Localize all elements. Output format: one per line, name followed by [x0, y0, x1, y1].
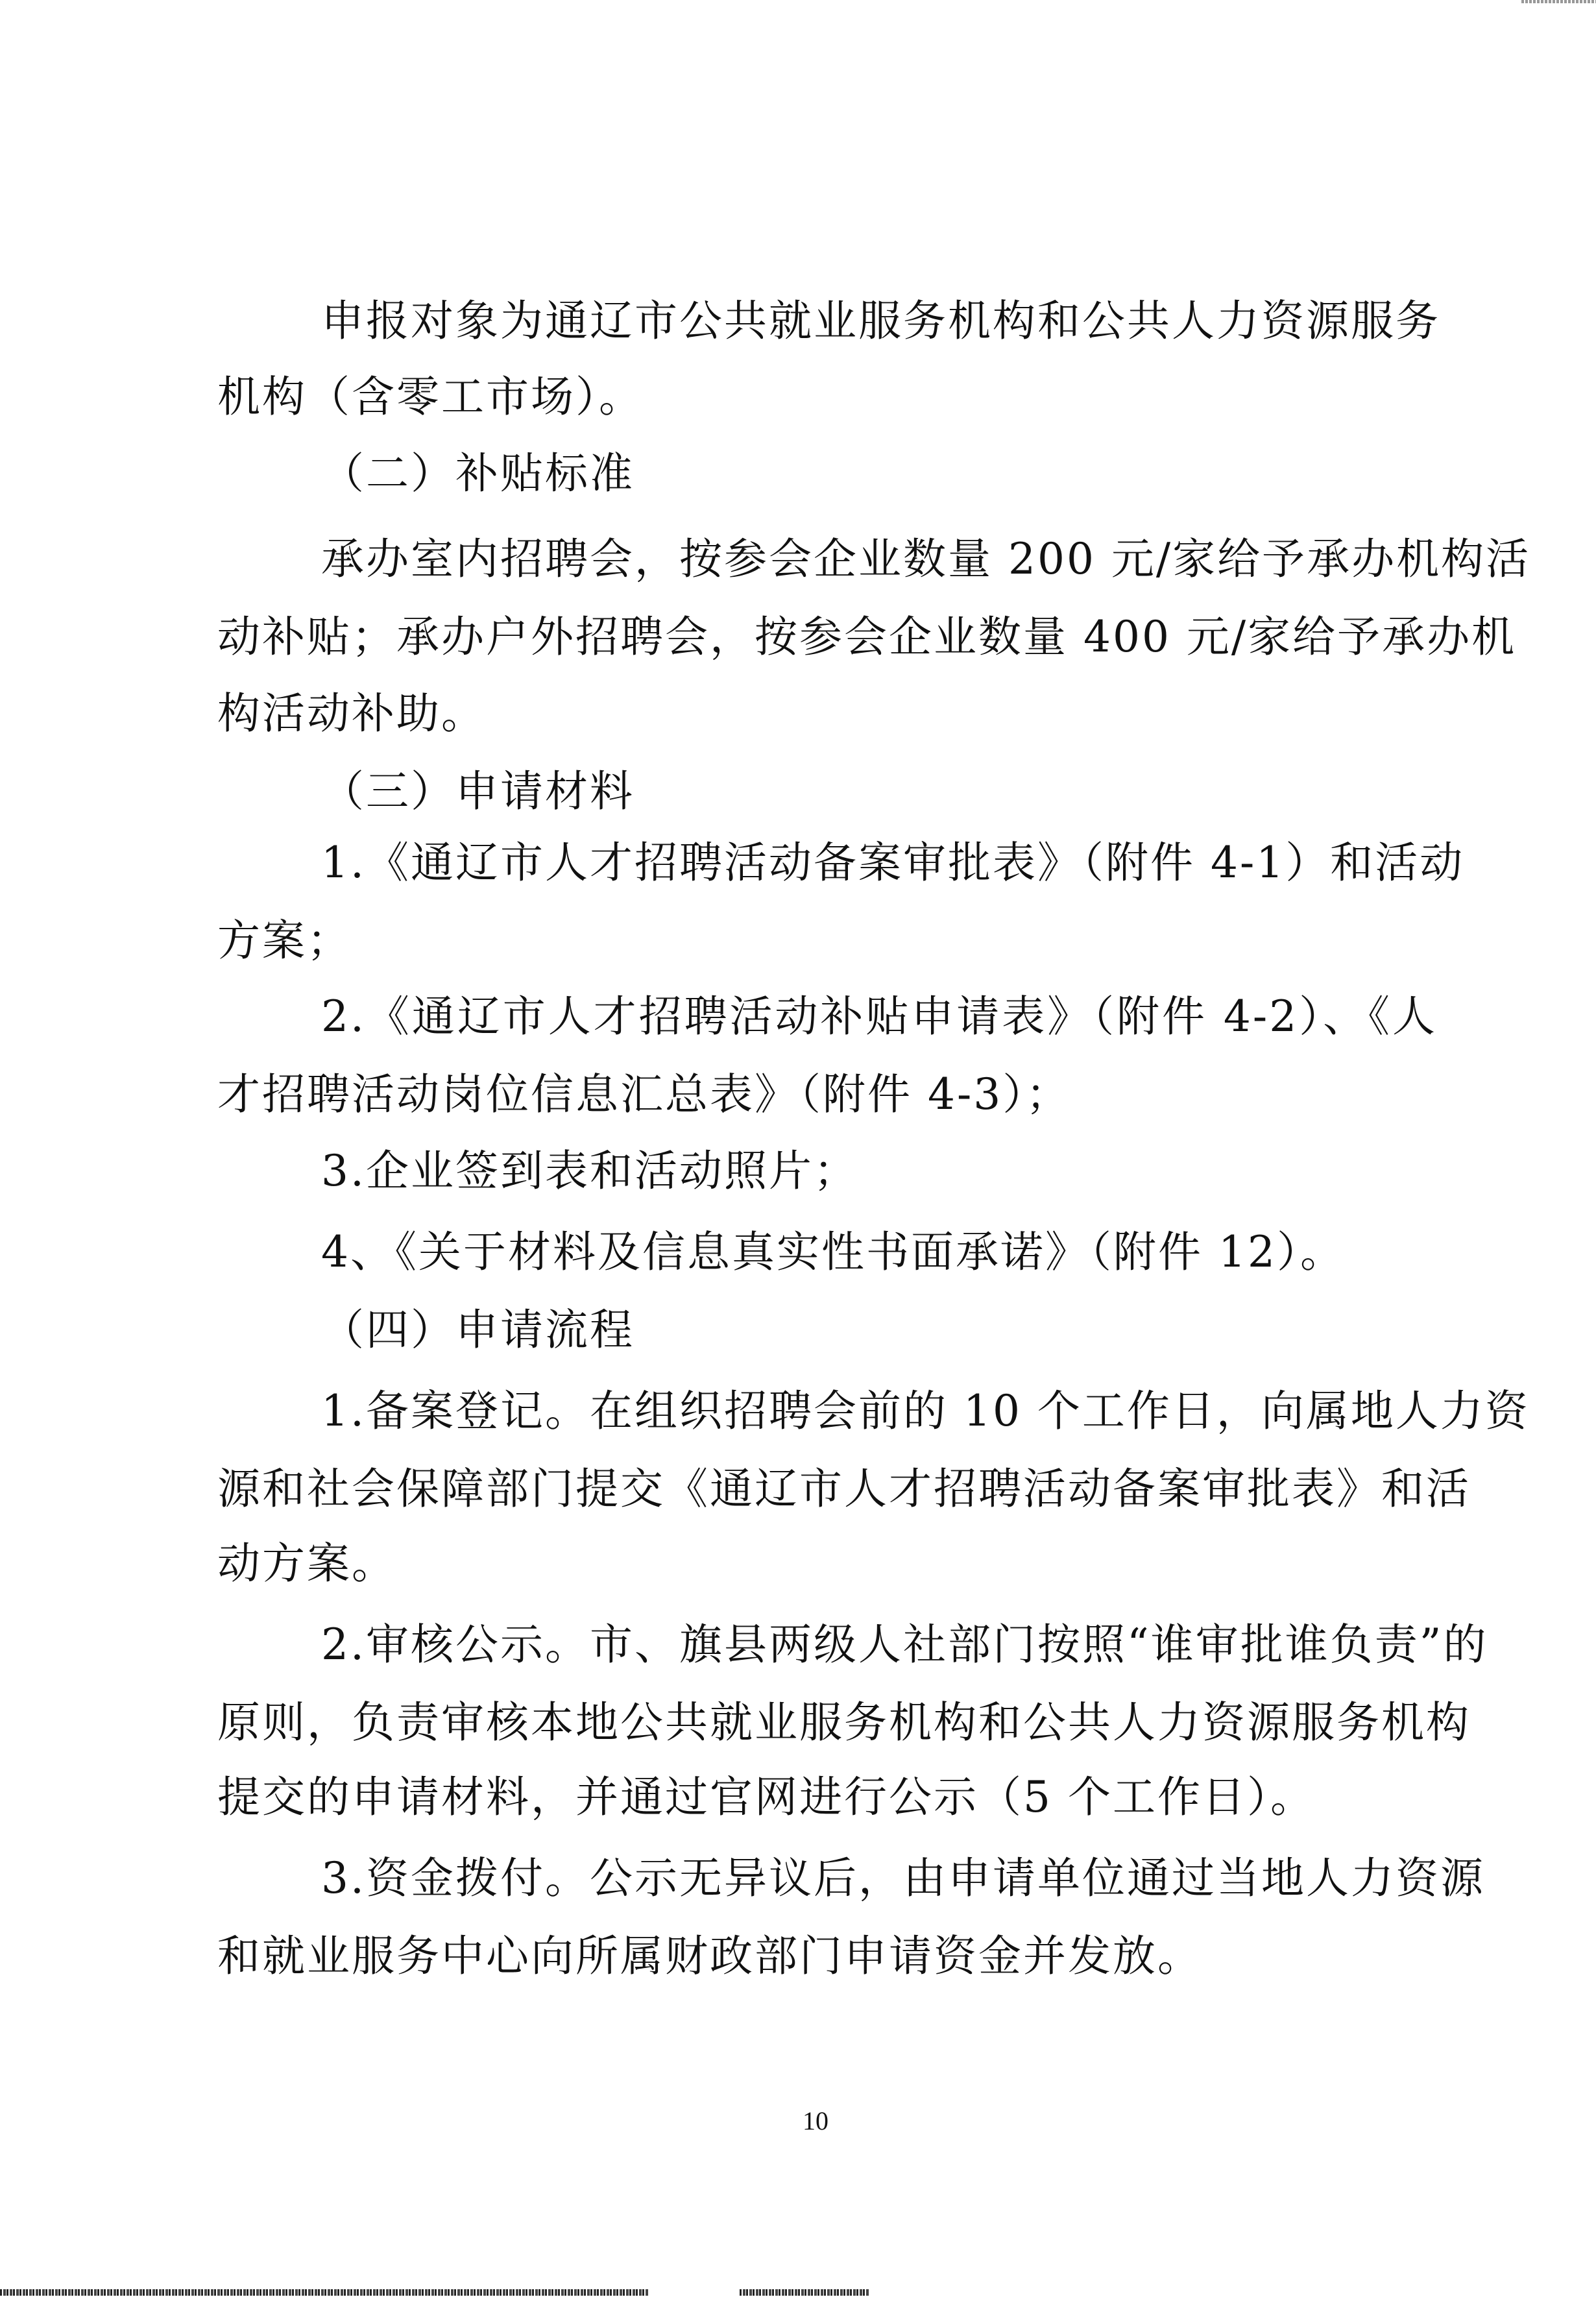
text-line: 和就业服务中心向所属财政部门申请资金并发放。	[217, 1930, 1437, 1982]
text-line: 提交的申请材料，并通过官网进行公示（5 个工作日）。	[217, 1771, 1437, 1823]
text-line: 3.企业签到表和活动照片；	[321, 1145, 1437, 1197]
text-line: 动补贴；承办户外招聘会，按参会企业数量 400 元/家给予承办机	[217, 611, 1437, 663]
scan-artifact-top	[1521, 0, 1596, 3]
text-line: 1.备案登记。在组织招聘会前的 10 个工作日，向属地人力资	[321, 1385, 1437, 1437]
text-line: （三）申请材料	[321, 766, 1437, 818]
scan-artifact-bottom	[0, 2289, 195, 2296]
text-line: 1.《通辽市人才招聘活动备案审批表》（附件 4-1）和活动	[321, 837, 1437, 889]
text-line: 3.资金拨付。公示无异议后，由申请单位通过当地人力资源	[321, 1853, 1437, 1904]
text-line: 申报对象为通辽市公共就业服务机构和公共人力资源服务	[321, 295, 1437, 347]
text-line: 方案；	[217, 915, 1437, 967]
text-line: 4、《关于材料及信息真实性书面承诺》（附件 12）。	[321, 1226, 1437, 1278]
text-line: （四）申请流程	[321, 1304, 1437, 1356]
text-line: 原则，负责审核本地公共就业服务机构和公共人力资源服务机构	[217, 1697, 1437, 1749]
text-line: 源和社会保障部门提交《通辽市人才招聘活动备案审批表》和活	[217, 1463, 1437, 1515]
text-line: 构活动补助。	[217, 688, 1437, 740]
text-line: 2.《通辽市人才招聘活动补贴申请表》（附件 4-2）、《人	[321, 991, 1437, 1043]
document-page: 申报对象为通辽市公共就业服务机构和公共人力资源服务机构（含零工市场）。（二）补贴…	[0, 0, 1596, 2297]
page-number: 10	[18, 2106, 1596, 2136]
text-line: 机构（含零工市场）。	[217, 371, 1437, 423]
text-line: 才招聘活动岗位信息汇总表》（附件 4-3）；	[217, 1069, 1437, 1121]
text-line: 承办室内招聘会，按参会企业数量 200 元/家给予承办机构活	[321, 533, 1437, 585]
text-line: 动方案。	[217, 1538, 1437, 1590]
scan-artifact-bottom	[740, 2289, 869, 2296]
scan-artifact-bottom	[195, 2289, 649, 2296]
text-line: （二）补贴标准	[321, 448, 1437, 500]
text-line: 2.审核公示。市、旗县两级人社部门按照“谁审批谁负责”的	[321, 1619, 1437, 1671]
